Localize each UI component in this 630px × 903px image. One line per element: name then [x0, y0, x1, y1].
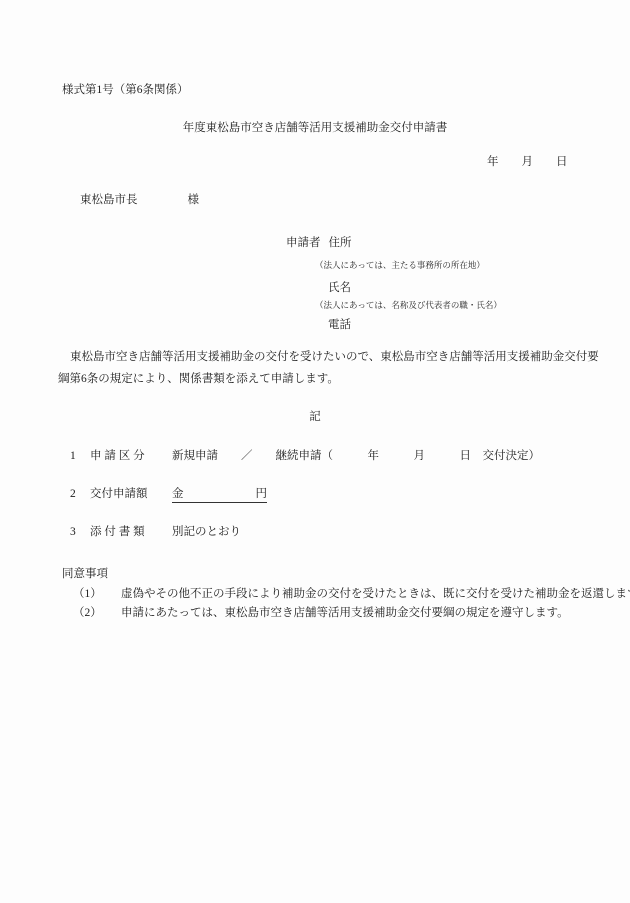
- address-label: 住所: [329, 237, 352, 249]
- consent-number: （2）: [73, 606, 121, 620]
- item-row-attachments: 3添 付 書 類別記のとおり: [70, 525, 241, 539]
- addressee-name: 東松島市長: [80, 194, 138, 206]
- item-label: 申 請 区 分: [90, 449, 172, 463]
- item-number: 1: [70, 449, 90, 463]
- consent-text: 虚偽やその他不正の手段により補助金の交付を受けたときは、既に交付を受けた補助金を…: [121, 588, 630, 600]
- applicant-label: 申請者: [286, 237, 321, 249]
- amount-blank-line: 金円: [172, 487, 267, 503]
- section-marker: 記: [0, 410, 630, 424]
- item-value-attachments: 別記のとおり: [172, 526, 241, 538]
- consent-item-1: （1）虚偽やその他不正の手段により補助金の交付を受けたときは、既に交付を受けた補…: [73, 587, 630, 601]
- amount-suffix: 円: [256, 488, 268, 500]
- date-blank: 年 月 日: [487, 155, 568, 169]
- addressee-honorific: 様: [188, 194, 200, 206]
- item-label: 添 付 書 類: [90, 525, 172, 539]
- body-paragraph-line2: 綱第6条の規定により、関係書類を添えて申請します。: [58, 372, 339, 386]
- item-row-amount: 2交付申請額金円: [70, 487, 267, 503]
- item-row-category: 1申 請 区 分新規申請 ／ 継続申請（ 年 月 日 交付決定）: [70, 449, 540, 463]
- item-label: 交付申請額: [90, 487, 172, 501]
- item-number: 3: [70, 525, 90, 539]
- body-paragraph-line1: 東松島市空き店舗等活用支援補助金の交付を受けたいので、東松島市空き店舗等活用支援…: [58, 350, 599, 364]
- item-number: 2: [70, 487, 90, 501]
- item-value-category: 新規申請 ／ 継続申請（ 年 月 日 交付決定）: [172, 450, 540, 462]
- name-label: 氏名: [328, 281, 351, 295]
- applicant-row: 申請者住所: [286, 236, 352, 250]
- consent-text: 申請にあたっては、東松島市空き店舗等活用支援補助金交付要綱の規定を遵守します。: [121, 607, 569, 619]
- page-title: 年度東松島市空き店舗等活用支援補助金交付申請書: [0, 121, 630, 135]
- name-note: （法人にあっては、名称及び代表者の職・氏名）: [315, 300, 502, 311]
- consent-number: （1）: [73, 587, 121, 601]
- form-number: 様式第1号（第6条関係）: [62, 83, 189, 97]
- address-note: （法人にあっては、主たる事務所の所在地）: [315, 260, 485, 271]
- addressee-line: 東松島市長様: [80, 193, 199, 207]
- amount-prefix: 金: [172, 488, 184, 500]
- consent-item-2: （2）申請にあたっては、東松島市空き店舗等活用支援補助金交付要綱の規定を遵守しま…: [73, 606, 569, 620]
- phone-label: 電話: [328, 318, 351, 332]
- consent-heading: 同意事項: [62, 567, 108, 581]
- application-form-page: 様式第1号（第6条関係） 年度東松島市空き店舗等活用支援補助金交付申請書 年 月…: [0, 0, 630, 903]
